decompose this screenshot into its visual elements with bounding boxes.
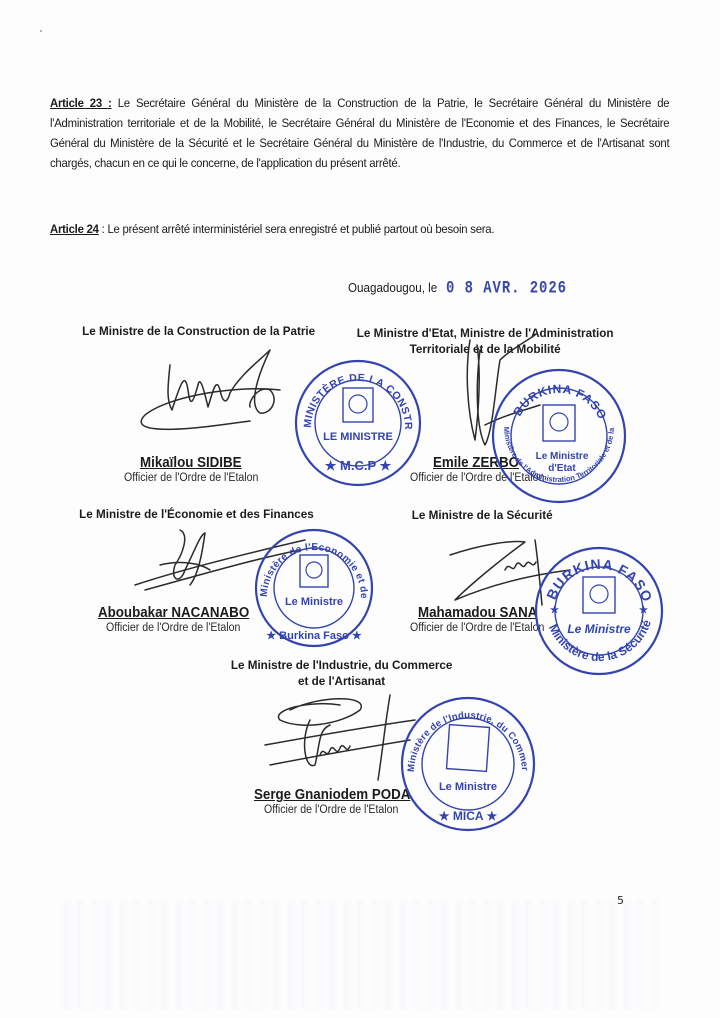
coat-of-arms-icon bbox=[343, 388, 373, 422]
map-icon bbox=[447, 725, 490, 772]
signatory-4-rank: Officier de l'Ordre de l'Etalon bbox=[410, 622, 544, 634]
signatory-5-title-line-2: et de l'Artisanat bbox=[231, 673, 453, 689]
signatory-1-name: Mikaïlou SIDIBE bbox=[140, 455, 242, 471]
svg-text:★: ★ bbox=[639, 605, 648, 616]
article-23-label: Article 23 : bbox=[50, 96, 112, 110]
signatory-2-title: Le Ministre d'Etat, Ministre de l'Admini… bbox=[357, 325, 614, 357]
signatory-3-title: Le Ministre de l'Économie et des Finance… bbox=[79, 506, 314, 522]
signatory-5-name: Serge Gnaniodem PODA bbox=[254, 787, 410, 803]
article-24-label: Article 24 bbox=[50, 222, 99, 236]
place-date-line: Ouagadougou, le 0 8 AVR. 2026 bbox=[348, 280, 567, 297]
stamp-economie-inner-text: Le Ministre bbox=[285, 596, 343, 608]
coat-of-arms-icon bbox=[543, 405, 575, 441]
signatory-5-title: Le Ministre de l'Industrie, du Commerce … bbox=[231, 657, 453, 689]
signatory-5-rank: Officier de l'Ordre de l'Etalon bbox=[264, 804, 398, 816]
stamp-construction-inner-text: LE MINISTRE bbox=[323, 431, 393, 443]
document-page: Article 23 : Le Secrétaire Général du Mi… bbox=[0, 0, 720, 1018]
svg-text:BURKINA FASO: BURKINA FASO bbox=[510, 382, 609, 422]
stamp-industrie-bottom-text: ★ MICA ★ bbox=[439, 809, 498, 823]
coat-of-arms-icon bbox=[583, 577, 615, 613]
scan-bleed-through bbox=[60, 900, 660, 1010]
signatory-3-rank: Officier de l'Ordre de l'Etalon bbox=[106, 622, 240, 634]
scan-speck bbox=[40, 30, 42, 32]
stamp-securite-inner-text: Le Ministre bbox=[567, 622, 631, 636]
coat-of-arms-icon bbox=[300, 555, 328, 587]
signatory-3-name: Aboubakar NACANABO bbox=[98, 605, 249, 621]
stamp-industrie: Ministère de l'Industrie, du Commerce et… bbox=[398, 694, 538, 834]
signatory-1-rank: Officier de l'Ordre de l'Etalon bbox=[124, 472, 258, 484]
signatory-4-title: Le Ministre de la Sécurité bbox=[412, 507, 553, 523]
date-stamp: 0 8 AVR. 2026 bbox=[446, 279, 567, 299]
stamp-administration-ring-text: BURKINA FASO bbox=[510, 382, 609, 422]
signatory-5-title-line-1: Le Ministre de l'Industrie, du Commerce bbox=[231, 657, 453, 673]
stamp-economie-bottom-text: ★ Burkina Faso ★ bbox=[266, 630, 362, 642]
stamp-construction: MINISTÈRE DE LA CONSTRUCTION DE LA PATRI… bbox=[293, 358, 423, 488]
signature-5 bbox=[260, 690, 420, 790]
article-24: Article 24 : Le présent arrêté intermini… bbox=[50, 219, 669, 239]
svg-text:★: ★ bbox=[550, 605, 559, 616]
signatory-2-title-line-1: Le Ministre d'Etat, Ministre de l'Admini… bbox=[357, 325, 614, 341]
page-number: 5 bbox=[617, 894, 624, 907]
signatory-4-name: Mahamadou SANA bbox=[418, 605, 537, 621]
stamp-administration-inner-text: Le Ministre bbox=[536, 451, 589, 462]
stamp-construction-bottom-text: ★ M.C.P ★ bbox=[325, 458, 392, 473]
stamp-economie: Ministère de l'Economie et des Finances … bbox=[253, 527, 375, 649]
stamp-securite: BURKINA FASO Ministère de la Sécurité Le… bbox=[533, 545, 665, 677]
article-23: Article 23 : Le Secrétaire Général du Mi… bbox=[50, 93, 669, 173]
article-23-text: Le Secrétaire Général du Ministère de la… bbox=[50, 96, 669, 170]
signatory-3-title-line: Le Ministre de l'Économie et des Finance… bbox=[79, 507, 314, 521]
stamp-administration: BURKINA FASO Ministère de l'Administrati… bbox=[490, 367, 628, 505]
place-label: Ouagadougou, le bbox=[348, 281, 437, 295]
signatory-1-title: Le Ministre de la Construction de la Pat… bbox=[82, 323, 315, 339]
signatory-1-title-line: Le Ministre de la Construction de la Pat… bbox=[82, 324, 315, 338]
signatory-2-title-line-2: Territoriale et de la Mobilité bbox=[357, 341, 614, 357]
stamp-industrie-inner-text: Le Ministre bbox=[439, 781, 497, 793]
stamp-administration-inner-text-2: d'Etat bbox=[548, 463, 576, 474]
article-24-text: : Le présent arrêté interministériel ser… bbox=[99, 222, 495, 236]
signatory-4-title-line: Le Ministre de la Sécurité bbox=[412, 508, 553, 522]
